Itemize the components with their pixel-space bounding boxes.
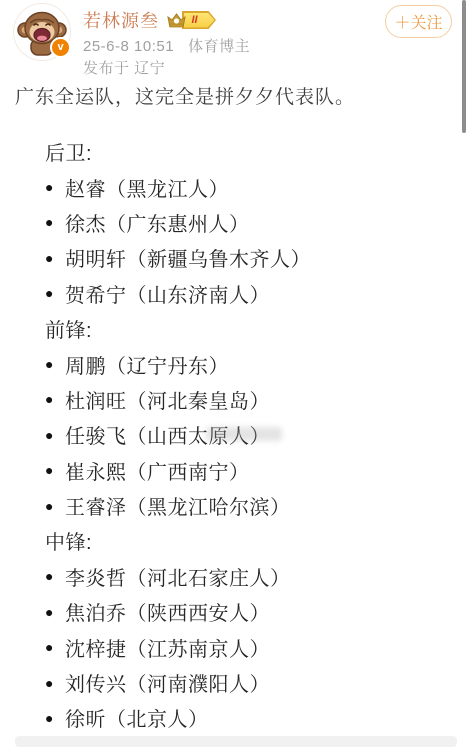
bullet-icon: ● [45,499,54,513]
player-entry: 胡明轩（新疆乌鲁木齐人） [65,243,311,272]
bullet-icon: ● [45,463,54,477]
verified-badge-icon: v [50,37,71,58]
list-item: ●李炎哲（河北石家庄人） [45,559,455,594]
section-title-centers: 中锋: [45,523,455,558]
scrollbar[interactable] [462,0,466,133]
bullet-icon: ● [45,251,54,265]
list-item: ●王睿泽（黑龙江哈尔滨） [45,488,455,523]
vip-level-badge: II [182,11,216,29]
follow-button[interactable]: ＋关注 [385,5,452,38]
post-location: 发布于 辽宁 [83,57,165,78]
list-item: ●胡明轩（新疆乌鲁木齐人） [45,240,455,275]
list-item: ●徐昕（北京人） [45,700,455,735]
list-item: ●贺希宁（山东济南人） [45,276,455,311]
user-role-label: 体育博主 [188,38,250,55]
player-entry: 刘传兴（河南濮阳人） [65,668,270,697]
next-card-edge [15,736,457,747]
section-title-guards: 后卫: [45,134,455,169]
list-item: ●崔永熙（广西南宁） [45,453,455,488]
bullet-icon: ● [45,357,54,371]
watermark [206,427,282,441]
player-entry: 徐杰（广东惠州人） [65,208,250,237]
list-item: ●徐杰（广东惠州人） [45,205,455,240]
player-entry: 李炎哲（河北石家庄人） [65,562,291,591]
player-entry: 周鹏（辽宁丹东） [65,350,229,379]
username[interactable]: 若林源叁 [83,7,159,33]
player-entry: 沈梓捷（江苏南京人） [65,633,270,662]
player-entry: 焦泊乔（陕西西安人） [65,597,270,626]
list-item: ●焦泊乔（陕西西安人） [45,594,455,629]
timestamp: 25-6-8 10:51 [83,38,174,55]
player-entry: 杜润旺（河北秦皇岛） [65,385,270,414]
bullet-icon: ● [45,605,54,619]
list-item: ●周鹏（辽宁丹东） [45,346,455,381]
vip-level-text: II [192,14,198,26]
player-entry: 徐昕（北京人） [65,703,209,732]
post-text: 广东全运队，这完全是拼夕夕代表队。 [15,85,455,112]
bullet-icon: ● [45,180,54,194]
section-title-forwards: 前锋: [45,311,455,346]
post-meta: 25-6-8 10:51体育博主 [83,35,250,56]
bullet-icon: ● [45,392,54,406]
list-item: ●杜润旺（河北秦皇岛） [45,382,455,417]
user-name-row: 若林源叁 II [83,8,216,32]
player-entry: 王睿泽（黑龙江哈尔滨） [65,491,291,520]
player-entry: 崔永熙（广西南宁） [65,456,250,485]
bullet-icon: ● [45,286,54,300]
bullet-icon: ● [45,640,54,654]
crown-icon [166,12,187,29]
bullet-icon: ● [45,711,54,725]
player-entry: 赵睿（黑龙江人） [65,173,229,202]
list-item: ●赵睿（黑龙江人） [45,169,455,204]
bullet-icon: ● [45,215,54,229]
bullet-icon: ● [45,569,54,583]
bullet-icon: ● [45,428,54,442]
list-item: ●刘传兴（河南濮阳人） [45,665,455,700]
avatar[interactable]: v [13,3,71,61]
list-item: ●沈梓捷（江苏南京人） [45,629,455,664]
player-entry: 贺希宁（山东济南人） [65,279,270,308]
bullet-icon: ● [45,676,54,690]
